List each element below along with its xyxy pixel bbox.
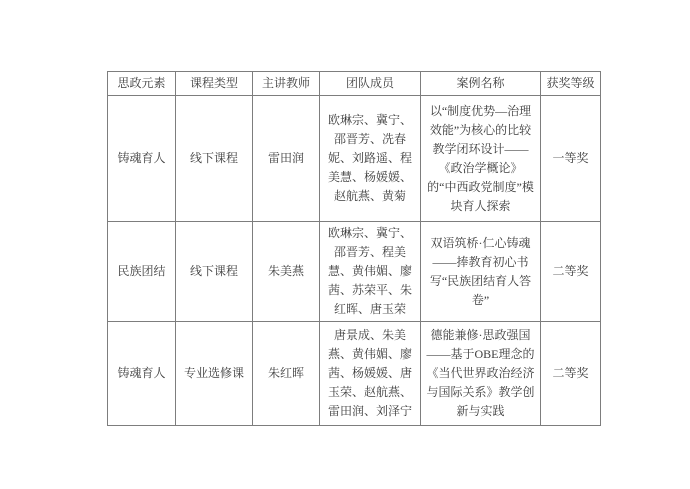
cell-lead-teacher: 朱美燕 <box>253 222 320 322</box>
table-header-row: 思政元素 课程类型 主讲教师 团队成员 案例名称 获奖等级 <box>108 72 601 96</box>
header-award-level: 获奖等级 <box>541 72 601 96</box>
cell-ideology-element: 铸魂育人 <box>108 96 176 222</box>
table-row: 民族团结 线下课程 朱美燕 欧琳宗、冀宁、邵晋芳、程美慧、黄伟媚、廖茜、苏荣平、… <box>108 222 601 322</box>
cell-lead-teacher: 朱红晖 <box>253 322 320 426</box>
cell-award-level: 一等奖 <box>541 96 601 222</box>
cell-course-type: 专业选修课 <box>176 322 253 426</box>
cell-team-members: 欧琳宗、冀宁、邵晋芳、冼春妮、刘路遥、程美慧、杨媛媛、赵航燕、黄菊 <box>320 96 421 222</box>
cell-case-name: 以“制度优势—治理效能”为核心的比较教学闭环设计——《政治学概论》的“中西政党制… <box>421 96 541 222</box>
header-ideology-element: 思政元素 <box>108 72 176 96</box>
header-case-name: 案例名称 <box>421 72 541 96</box>
cell-lead-teacher: 雷田润 <box>253 96 320 222</box>
document-page: 思政元素 课程类型 主讲教师 团队成员 案例名称 获奖等级 铸魂育人 线下课程 … <box>0 0 690 489</box>
cell-ideology-element: 铸魂育人 <box>108 322 176 426</box>
header-lead-teacher: 主讲教师 <box>253 72 320 96</box>
cell-award-level: 二等奖 <box>541 322 601 426</box>
cell-ideology-element: 民族团结 <box>108 222 176 322</box>
table-row: 铸魂育人 线下课程 雷田润 欧琳宗、冀宁、邵晋芳、冼春妮、刘路遥、程美慧、杨媛媛… <box>108 96 601 222</box>
award-table: 思政元素 课程类型 主讲教师 团队成员 案例名称 获奖等级 铸魂育人 线下课程 … <box>107 71 601 426</box>
cell-course-type: 线下课程 <box>176 222 253 322</box>
header-course-type: 课程类型 <box>176 72 253 96</box>
cell-course-type: 线下课程 <box>176 96 253 222</box>
cell-award-level: 二等奖 <box>541 222 601 322</box>
cell-case-name: 双语筑桥·仁心铸魂——捧教育初心书写“民族团结育人答卷” <box>421 222 541 322</box>
cell-team-members: 唐景成、朱美燕、黄伟媚、廖茜、杨媛媛、唐玉荣、赵航燕、雷田润、刘泽宁 <box>320 322 421 426</box>
table-row: 铸魂育人 专业选修课 朱红晖 唐景成、朱美燕、黄伟媚、廖茜、杨媛媛、唐玉荣、赵航… <box>108 322 601 426</box>
cell-case-name: 德能兼修·思政强国——基于OBE理念的《当代世界政治经济与国际关系》教学创新与实… <box>421 322 541 426</box>
cell-team-members: 欧琳宗、冀宁、邵晋芳、程美慧、黄伟媚、廖茜、苏荣平、朱红晖、唐玉荣 <box>320 222 421 322</box>
header-team-members: 团队成员 <box>320 72 421 96</box>
